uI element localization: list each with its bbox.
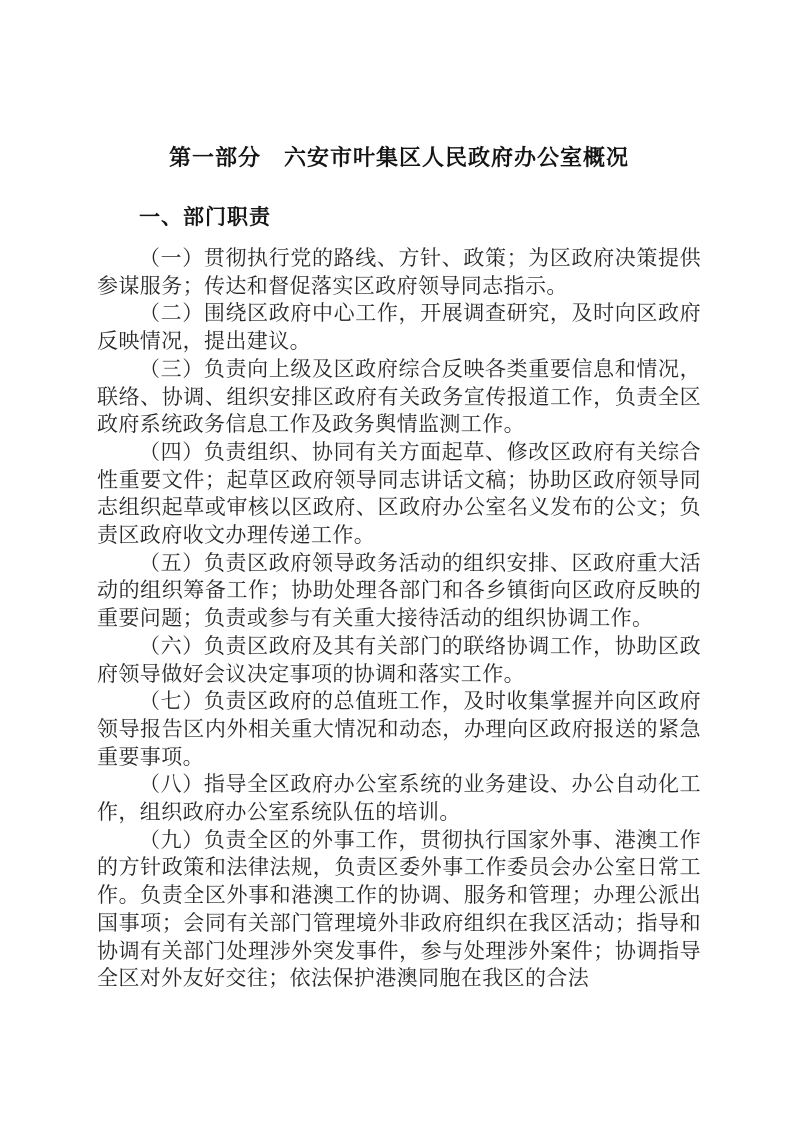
section-heading: 一、部门职责 <box>97 204 701 231</box>
paragraph: （六）负责区政府及其有关部门的联络协调工作，协助区政府领导做好会议决定事项的协调… <box>97 633 701 688</box>
page-content: 第一部分 六安市叶集区人民政府办公室概况 一、部门职责 （一）贯彻执行党的路线、… <box>97 145 701 993</box>
document-body: （一）贯彻执行党的路线、方针、政策；为区政府决策提供参谋服务；传达和督促落实区政… <box>97 245 701 993</box>
paragraph: （七）负责区政府的总值班工作，及时收集掌握并向区政府领导报告区内外相关重大情况和… <box>97 688 701 771</box>
document-title: 第一部分 六安市叶集区人民政府办公室概况 <box>97 145 701 171</box>
document-page: 第一部分 六安市叶集区人民政府办公室概况 一、部门职责 （一）贯彻执行党的路线、… <box>0 0 793 1122</box>
paragraph: （五）负责区政府领导政务活动的组织安排、区政府重大活动的组织筹备工作；协助处理各… <box>97 550 701 633</box>
paragraph: （一）贯彻执行党的路线、方针、政策；为区政府决策提供参谋服务；传达和督促落实区政… <box>97 245 701 300</box>
paragraph: （二）围绕区政府中心工作，开展调查研究，及时向区政府反映情况，提出建议。 <box>97 300 701 355</box>
paragraph: （八）指导全区政府办公室系统的业务建设、办公自动化工作，组织政府办公室系统队伍的… <box>97 771 701 826</box>
paragraph: （九）负责全区的外事工作，贯彻执行国家外事、港澳工作的方针政策和法律法规，负责区… <box>97 827 701 993</box>
paragraph: （四）负责组织、协同有关方面起草、修改区政府有关综合性重要文件；起草区政府领导同… <box>97 439 701 550</box>
paragraph: （三）负责向上级及区政府综合反映各类重要信息和情况，联络、协调、组织安排区政府有… <box>97 356 701 439</box>
